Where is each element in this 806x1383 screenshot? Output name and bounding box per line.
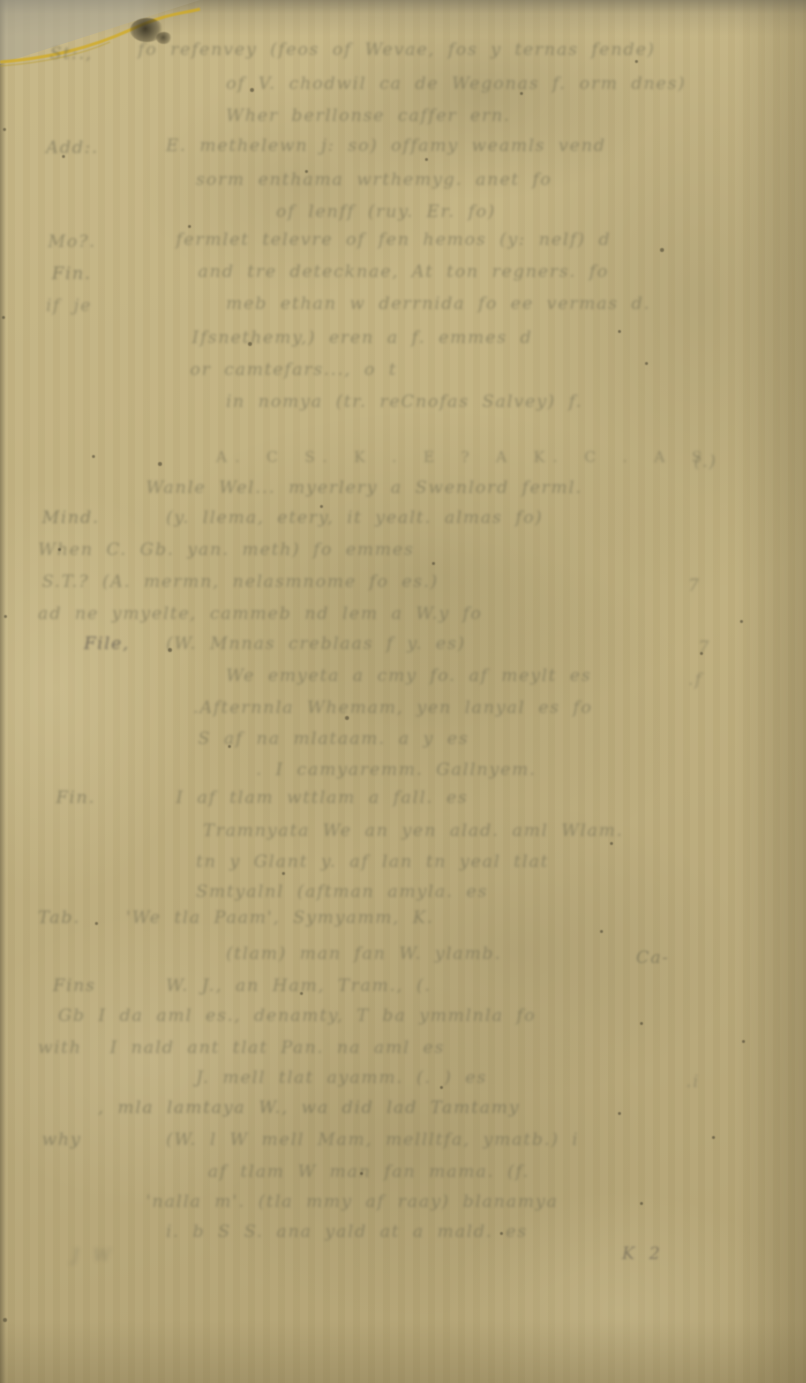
foxing-speck xyxy=(3,1318,7,1322)
foxing-speck xyxy=(58,548,61,551)
faded-text-fragment: Gb I da aml es., denamty, T ba ymmlnla f… xyxy=(58,1006,536,1026)
faded-text-fragment: (tlam) man fan W. ylamb. xyxy=(226,944,501,964)
faded-text-fragment: Tramnyata We an yen alad. aml Wlam. xyxy=(203,821,623,841)
faded-text-fragment: .f xyxy=(688,670,703,690)
foxing-speck xyxy=(320,505,323,508)
faded-text-fragment: if je xyxy=(46,296,92,316)
faded-text-fragment: in nomya (tr. reCnofas Salvey) f. xyxy=(226,392,583,412)
foxing-speck xyxy=(168,648,172,652)
faded-text-fragment: (.) xyxy=(694,452,717,472)
foxing-speck xyxy=(640,1022,643,1025)
faded-text-fragment: Mo?. xyxy=(48,232,96,252)
foxing-speck xyxy=(95,922,98,925)
foxing-speck xyxy=(500,1232,503,1235)
foxing-speck xyxy=(300,992,303,995)
faded-text-fragment: 7 xyxy=(698,638,710,658)
foxing-speck xyxy=(635,60,638,63)
faded-text-fragment: with xyxy=(38,1038,82,1058)
faded-text-fragment: W. J., an Ham, Tram., (. xyxy=(166,976,431,996)
faded-text-fragment: 'nalla m'. (tla mmy af raay) blanamya xyxy=(146,1192,558,1212)
foxing-speck xyxy=(360,1172,363,1175)
foxing-speck xyxy=(645,362,648,365)
faded-text-fragment: , mla lamtaya W., wa did lad Tamtamy xyxy=(98,1098,520,1118)
faded-text-fragment: Wanle Wel... myerlery a Swenlord ferml. xyxy=(146,478,583,498)
faded-text-fragment: tn y Glant y. af lan tn yeal tlat xyxy=(196,852,549,872)
faded-text-fragment: Tab. xyxy=(38,908,80,928)
faded-text-fragment: .Afternnla Whemam, yen lanyal es fo xyxy=(193,698,593,718)
foxing-speck xyxy=(740,620,743,623)
faded-text-fragment: or camtefars..., o t xyxy=(190,360,397,380)
foxing-speck xyxy=(92,455,95,458)
faded-text-fragment: K 2 xyxy=(622,1244,661,1264)
foxing-speck xyxy=(660,248,664,252)
foxing-speck xyxy=(228,745,231,748)
faded-text-fragment: Fins xyxy=(53,976,96,996)
foxing-speck xyxy=(4,615,7,618)
faded-text-fragment: Ca- xyxy=(636,948,669,968)
faded-text-fragment: (W. Mnnas creblaas f y. es) xyxy=(166,634,466,654)
faded-text-fragment: .i xyxy=(686,1072,700,1092)
faded-text-fragment: Fin. xyxy=(56,788,96,808)
faded-text-fragment: Add:. xyxy=(46,138,99,158)
faded-text-fragment: (y. llema, etery, it yealt. almas fo) xyxy=(166,508,543,528)
faded-text-fragment: meb ethan w derrnida fo ee vermas d. xyxy=(226,294,651,314)
faded-text-fragment: of V. chodwil ca de Wegonas f. orm dnes) xyxy=(226,74,686,94)
faded-text-fragment: i. b S S. ana yald at a mald. es xyxy=(166,1222,528,1242)
faded-text-fragment: J W xyxy=(72,1246,112,1266)
foxing-speck xyxy=(440,1086,443,1089)
faded-text-fragment: 'We tla Paam', Symyamm, K. xyxy=(126,908,434,928)
faded-text-fragment: I nald ant tlat Pan. na aml es xyxy=(110,1038,445,1058)
faded-text-fragment: A. C S. K . E ? A K. C . A S xyxy=(216,448,710,466)
faded-text-fragment: (W. l W mell Mam, mellltfa, ymatb.) i xyxy=(166,1130,579,1150)
foxing-speck xyxy=(640,1202,643,1205)
foxing-speck xyxy=(600,930,603,933)
faded-text-fragment: 7 xyxy=(688,576,700,596)
foxing-speck xyxy=(432,562,435,565)
foxing-speck xyxy=(282,872,285,875)
faded-text-fragment: Fin. xyxy=(52,264,92,284)
faded-text-fragment: fo refenvey (feos of Wevae, fos y ternas… xyxy=(138,40,655,60)
foxing-speck xyxy=(250,88,254,92)
foxing-speck xyxy=(700,652,703,655)
faded-text-fragment: ad ne ymyelte, cammeb nd lem a W.y fo xyxy=(38,604,482,624)
faded-text-fragment: J. mell tlat ayamm. (. ) es xyxy=(196,1068,487,1088)
foxing-speck xyxy=(712,1136,715,1139)
foxing-speck xyxy=(158,462,162,466)
faded-text-fragment: why xyxy=(42,1130,82,1150)
foxing-speck xyxy=(618,1112,621,1115)
faded-text-fragment: We emyeta a cmy fo. af meylt es xyxy=(226,666,592,686)
faded-text-fragment: Mind. xyxy=(42,508,100,528)
faded-text-fragment: I af tlam wttlam a fall. es xyxy=(176,788,468,808)
foxing-speck xyxy=(3,128,6,131)
foxing-speck xyxy=(425,158,428,161)
faded-text-fragment: St:., xyxy=(50,44,93,64)
faded-text-fragment: of lenff (ruy. Er. fo) xyxy=(276,202,496,222)
faded-text-fragment: S af na mlataam. a y es xyxy=(198,729,469,749)
faded-text-fragment: . I camyaremm. Gallnyem. xyxy=(256,760,536,780)
foxing-speck xyxy=(2,316,5,319)
foxing-speck xyxy=(188,225,191,228)
foxing-speck xyxy=(618,330,621,333)
faded-text-fragment: When C. Gb. yan. meth) fo emmes xyxy=(38,540,414,560)
faded-text-fragment: and tre detecknae, At ton regners. fo xyxy=(198,262,609,282)
faded-text-fragment: Ifsnethemy,) eren a f. emmes d xyxy=(192,328,533,348)
faded-text-fragment: sorm enthama wrthemyg. anet fo xyxy=(196,170,552,190)
faded-text-fragment: Smtyalnl (aftman amyla. es xyxy=(196,882,488,902)
foxing-speck xyxy=(305,170,308,173)
foxing-speck xyxy=(520,92,523,95)
faded-text-fragment: fermlet televre of fen hemos (y: nelf) d xyxy=(176,230,611,250)
faded-text-fragment: File, xyxy=(84,634,130,654)
faded-text-fragment: E. methelewn j: so) offamy weamls vend xyxy=(166,136,606,156)
faded-text-fragment: S.T.? (A. mermn, nelasmnome fo es.) xyxy=(42,572,439,592)
scanned-page: St:.,fo refenvey (feos of Wevae, fos y t… xyxy=(0,0,806,1383)
foxing-speck xyxy=(610,842,613,845)
foxing-speck xyxy=(62,155,65,158)
foxing-speck xyxy=(345,716,349,720)
foxing-speck xyxy=(248,342,252,346)
faded-text-fragment: Wher berllonse caffer ern. xyxy=(226,106,511,126)
foxing-speck xyxy=(742,1040,745,1043)
faded-text-fragment: af tlam W man fan mama. (f. xyxy=(208,1162,530,1182)
